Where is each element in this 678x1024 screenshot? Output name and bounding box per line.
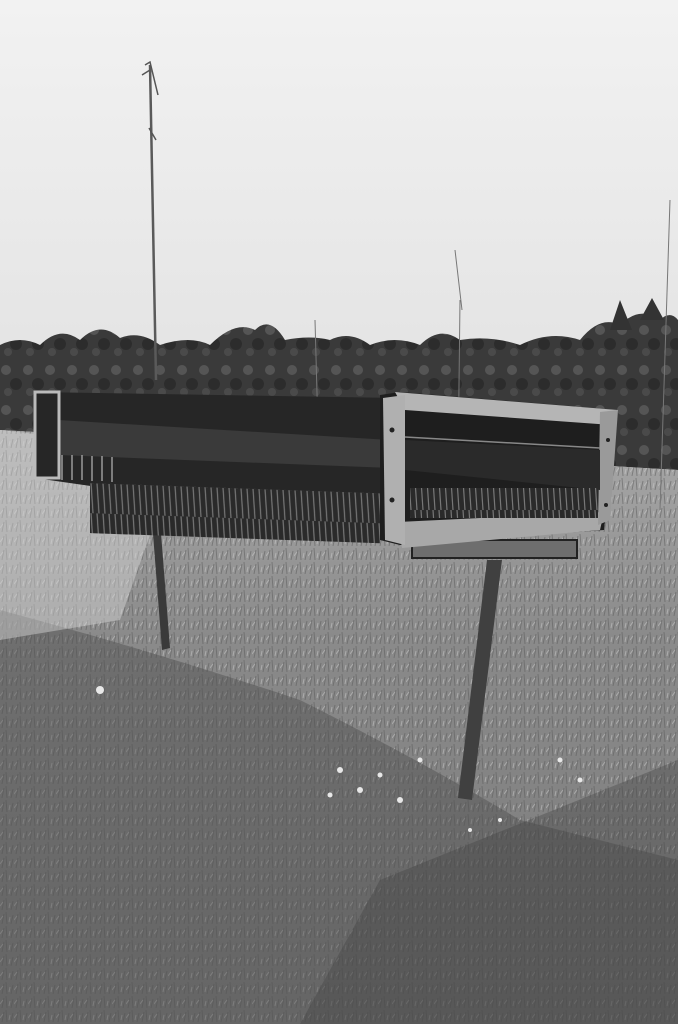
photograph: Black-and-white photograph of a weathere… [0, 0, 678, 1024]
metal-frame [35, 392, 618, 548]
sky [0, 0, 678, 360]
